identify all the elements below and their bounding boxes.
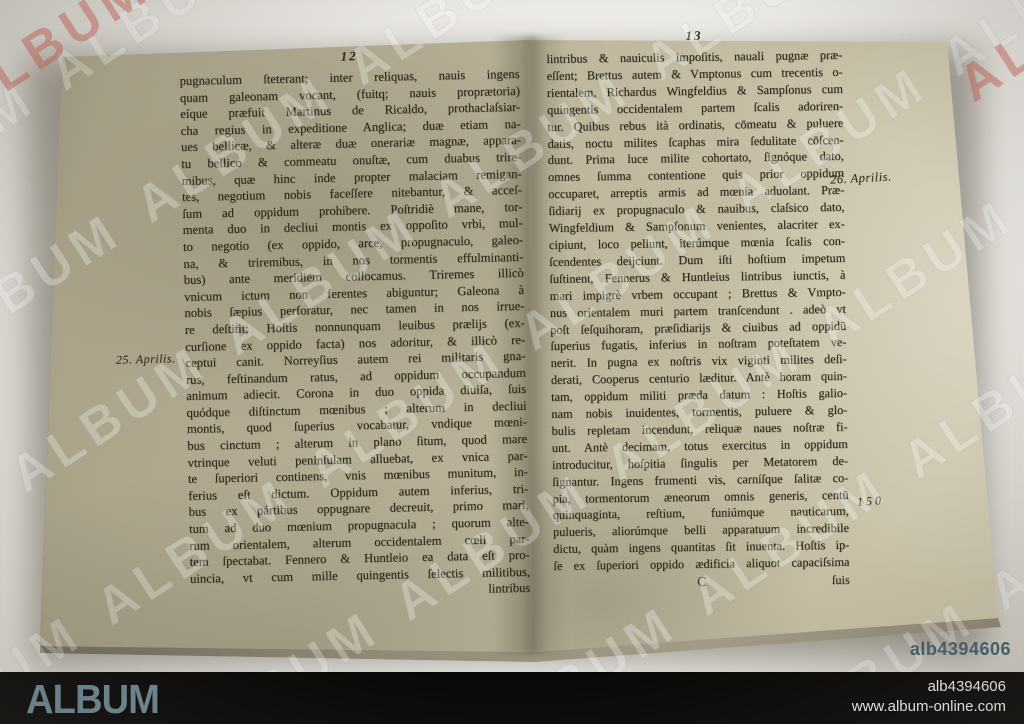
right-page-number: 13	[546, 26, 842, 46]
photo-of-open-book: 12 pugnaculum ſteterant; inter reliquas,…	[0, 0, 1024, 724]
right-page-catchword: ſuis	[832, 571, 850, 589]
album-brand-logo: ALBUM	[26, 679, 159, 720]
footer-website-url: www.album-online.com	[852, 697, 1006, 717]
footer-bar: ALBUM alb4394606 www.album-online.com	[0, 672, 1024, 724]
footer-image-id: alb4394606	[852, 677, 1006, 697]
footer-credit: alb4394606 www.album-online.com	[852, 677, 1006, 716]
signature-mark: C	[697, 574, 706, 589]
image-id-overlay: alb4394606	[910, 639, 1011, 660]
left-page-number: 12	[179, 45, 519, 68]
right-page-body-text: lintribus & nauiculis impoſitis, nauali …	[546, 47, 849, 575]
margin-note-25-aprilis: 25. Aprilis.	[116, 351, 176, 368]
right-page-textblock: 13 lintribus & nauiculis impoſitis, naua…	[546, 26, 850, 593]
left-page-textblock: 12 pugnaculum ſteterant; inter reliquas,…	[179, 45, 530, 604]
margin-note-26-aprilis: 26. Aprilis.	[830, 169, 892, 187]
left-page-body-text: pugnaculum ſteterant; inter reliquas, na…	[179, 66, 530, 587]
margin-note-150: 150	[857, 493, 885, 510]
